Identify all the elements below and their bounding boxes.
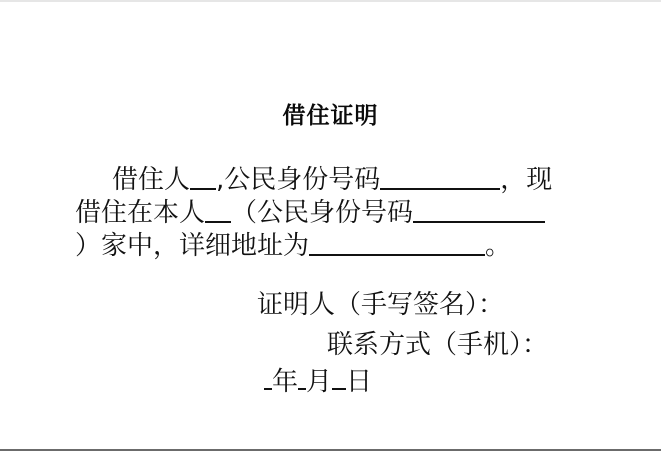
borrower-label: 借住人 <box>112 165 190 195</box>
top-divider <box>0 0 661 2</box>
certifier-signature-line: 证明人（手写签名）： <box>257 289 504 321</box>
current-label: ，现 <box>500 165 552 195</box>
host-name-blank <box>205 197 231 223</box>
document-title: 借住证明 <box>0 101 661 131</box>
borrower-name-blank <box>190 164 216 190</box>
day-blank <box>332 366 346 390</box>
host-label: 借住在本人 <box>75 198 205 228</box>
paragraph-line-2: 借住在本人（公民身份号码 <box>75 197 545 229</box>
day-label: 日 <box>346 367 372 397</box>
borrower-id-label: ,公民身份号码 <box>216 165 380 195</box>
paragraph-line-1: 借住人,公民身份号码，现 <box>112 164 552 196</box>
address-blank <box>309 230 485 256</box>
month-blank <box>298 366 306 390</box>
year-label: 年 <box>272 367 298 397</box>
period-mark: 。 <box>485 231 511 261</box>
month-label: 月 <box>306 367 332 397</box>
contact-phone-line: 联系方式（手机）： <box>327 329 548 361</box>
year-blank <box>264 366 272 390</box>
host-id-label: （公民身份号码 <box>231 198 413 228</box>
host-id-blank <box>413 197 545 223</box>
date-line: 年月日 <box>264 366 372 398</box>
borrower-id-blank <box>380 164 500 190</box>
address-label: ）家中，详细地址为 <box>75 231 309 261</box>
paragraph-line-3: ）家中，详细地址为。 <box>75 230 511 262</box>
